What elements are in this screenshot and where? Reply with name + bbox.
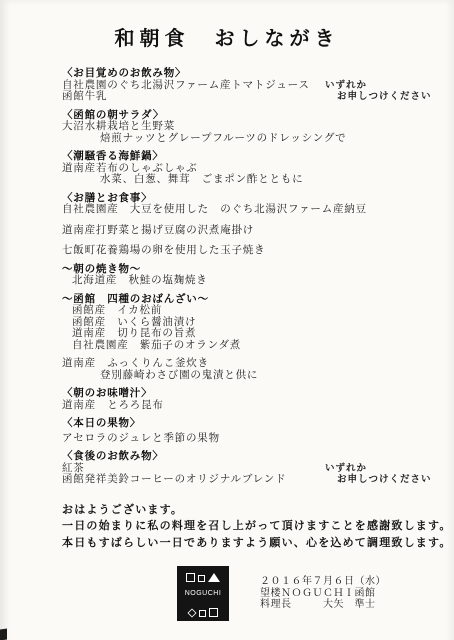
footer: NOGUCHI ２０１６年７月６日（水） 望楼ＮＯＧＵＣＨＩ函館 料理長 大矢 … <box>62 566 454 621</box>
menu-line: 水菜、白葱、舞茸 ごまポン酢とともに <box>100 174 444 186</box>
section-header: 〈潮騒香る海鮮鍋〉 <box>62 151 444 163</box>
choice-note-line: いずれか <box>325 81 432 92</box>
choice-note-line: お申しつけください <box>337 475 432 486</box>
menu-line: 自社農園産 紫茄子のオランダ煮 <box>72 340 444 352</box>
seal-decoration-top <box>186 570 220 582</box>
footer-info: ２０１６年７月６日（水） 望楼ＮＯＧＵＣＨＩ函館 料理長 大矢 準士 <box>260 566 386 611</box>
section-header: 〈お目覚めのお飲み物〉 <box>62 68 444 80</box>
section-after-meal-drinks: 〈食後のお飲み物〉 紅茶 函館発祥美鈴コーヒーのオリジナルブレンド いずれか お… <box>62 451 444 486</box>
choice-note-line: お申しつけください <box>337 92 432 103</box>
menu-body: 〈お目覚めのお飲み物〉 自社農園のぐち北湯沢ファーム産トマトジュース 函館牛乳 … <box>62 68 444 486</box>
noguchi-seal-logo: NOGUCHI <box>177 566 229 621</box>
choice-note: いずれか お申しつけください <box>325 81 432 103</box>
menu-line: アセロラのジュレと季節の果物 <box>62 433 444 445</box>
date-line: ２０１６年７月６日（水） <box>260 576 386 588</box>
menu-line: 道南産 切り昆布の旨煮 <box>72 328 444 340</box>
seal-decoration-bottom <box>188 605 218 617</box>
menu-line: 函館産 いくら醤油漬け <box>72 317 444 329</box>
menu-line: 道南産打野菜と揚げ豆腐の沢煮庵掛け <box>62 225 444 237</box>
greeting-line: 本日もすばらしい一日でありますよう願い、心を込めて調理致します。 <box>62 535 454 552</box>
menu-line: 道南産 ふっくりんこ釜炊き <box>62 358 444 370</box>
menu-document: 和朝食 おしながき 〈お目覚めのお飲み物〉 自社農園のぐち北湯沢ファーム産トマト… <box>0 0 454 640</box>
menu-line: 大沼水耕栽培と生野菜 <box>62 121 444 133</box>
section-morning-drinks: 〈お目覚めのお飲み物〉 自社農園のぐち北湯沢ファーム産トマトジュース 函館牛乳 … <box>62 68 444 103</box>
menu-line: 七飯町花養鶏場の卵を使用した玉子焼き <box>62 245 444 257</box>
menu-line: 登別藤崎わさび園の鬼漬と供に <box>100 370 444 382</box>
section-header: 〈朝のお味噌汁〉 <box>62 388 444 400</box>
section-grilled-dish: ～朝の焼き物～ 北海道産 秋鮭の塩麹焼き <box>62 264 444 287</box>
section-rice: 道南産 ふっくりんこ釜炊き 登別藤崎わさび園の鬼漬と供に <box>62 358 444 381</box>
scan-artifact <box>0 629 7 640</box>
menu-line: 焙煎ナッツとグレープフルーツのドレッシングで <box>100 133 444 145</box>
chef-line: 料理長 大矢 準士 <box>260 599 386 611</box>
section-salad: 〈函館の朝サラダ〉 大沼水耕栽培と生野菜 焙煎ナッツとグレープフルーツのドレッシ… <box>62 110 444 145</box>
section-seafood-pot: 〈潮騒香る海鮮鍋〉 道南産若布のしゃぶしゃぶ 水菜、白葱、舞茸 ごまポン酢ととも… <box>62 151 444 186</box>
section-header: 〈本日の果物〉 <box>62 418 444 430</box>
choice-note: いずれか お申しつけください <box>325 464 432 486</box>
menu-line: 道南産 とろろ昆布 <box>62 400 444 412</box>
section-obanzai: ～函館 四種のおばんざい～ 函館産 イカ松前 函館産 いくら醤油漬け 道南産 切… <box>62 294 444 352</box>
menu-line: 自社農園産 大豆を使用した のぐち北湯沢ファーム産納豆 <box>62 204 444 216</box>
choice-note-line: いずれか <box>325 464 432 475</box>
section-header: ～朝の焼き物～ <box>62 264 444 276</box>
section-main-meal: 〈お膳とお食事〉 自社農園産 大豆を使用した のぐち北湯沢ファーム産納豆 道南産… <box>62 193 444 257</box>
seal-brand-text: NOGUCHI <box>185 590 222 598</box>
section-header: 〈食後のお飲み物〉 <box>62 451 444 463</box>
section-header: 〈函館の朝サラダ〉 <box>62 110 444 122</box>
section-header: 〈お膳とお食事〉 <box>62 193 444 205</box>
greeting-line: 一日の始まりに私の料理を召し上がって頂けますことを感謝致します。 <box>62 518 454 535</box>
greeting-line: おはようございます。 <box>62 502 454 519</box>
section-fruits: 〈本日の果物〉 アセロラのジュレと季節の果物 <box>62 418 444 444</box>
menu-line: 道南産若布のしゃぶしゃぶ <box>62 163 444 175</box>
section-miso-soup: 〈朝のお味噌汁〉 道南産 とろろ昆布 <box>62 388 444 411</box>
section-header: ～函館 四種のおばんざい～ <box>62 294 444 306</box>
menu-line: 函館産 イカ松前 <box>72 305 444 317</box>
hotel-name: 望楼ＮＯＧＵＣＨＩ函館 <box>260 588 386 600</box>
menu-line: 北海道産 秋鮭の塩麹焼き <box>72 275 444 287</box>
chef-greeting: おはようございます。 一日の始まりに私の料理を召し上がって頂けますことを感謝致し… <box>62 502 454 552</box>
page-title: 和朝食 おしながき <box>0 22 454 51</box>
